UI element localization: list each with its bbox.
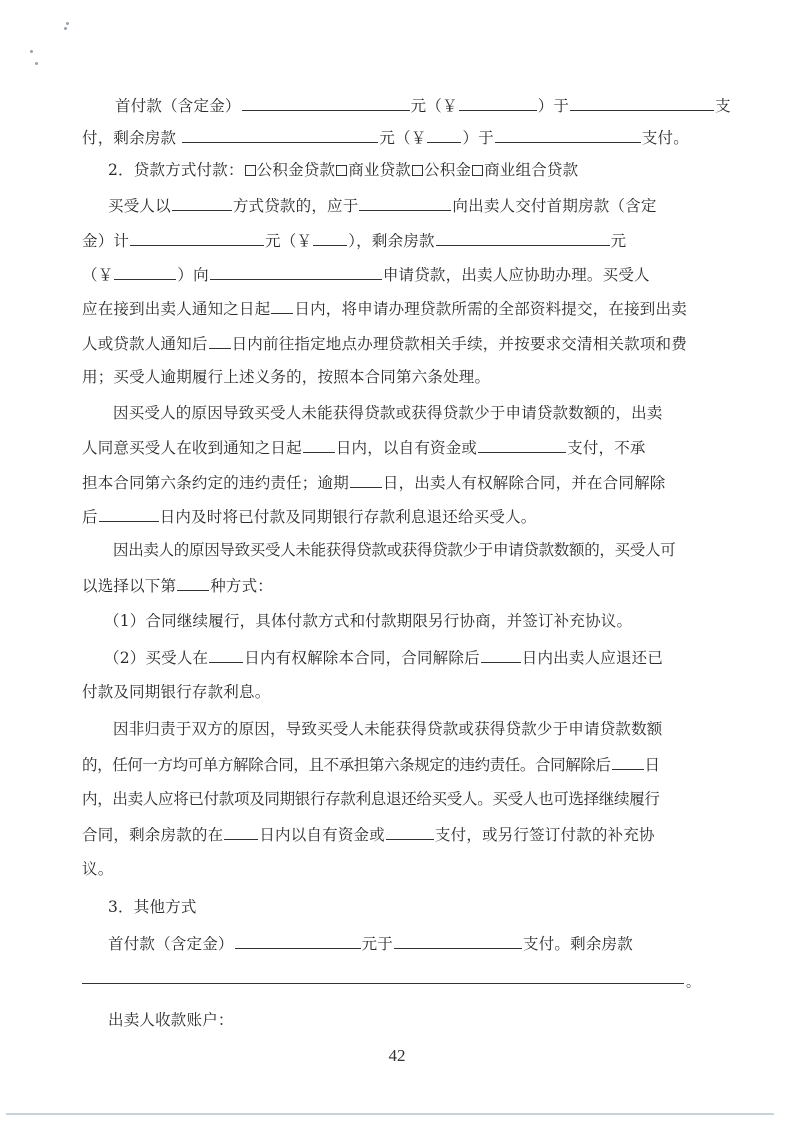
label: 支付，或另行签订付款的补充协 — [435, 826, 655, 844]
label: 元 — [611, 232, 627, 250]
loan-p4-line-5: 议。 — [82, 859, 113, 879]
page-number: 42 — [0, 1046, 794, 1066]
label: 首付款（含定金） — [108, 935, 234, 953]
loan-method-blank[interactable] — [172, 195, 232, 211]
loan-p1-line-1: 买受人以方式贷款的，应于向出卖人交付首期房款（含定 — [108, 195, 657, 215]
label: 应在接到出卖人通知之日起 — [82, 300, 270, 318]
loan-remaining-amount-blank[interactable] — [436, 230, 610, 246]
paragraph-text: 因买受人的原因导致买受人未能获得贷款或获得贷款少于申请贷款数额的，出卖 — [113, 404, 663, 422]
first-payment-date-blank[interactable] — [570, 95, 714, 111]
remaining-yuan-blank[interactable] — [427, 127, 461, 143]
seller-account-line: 出卖人收款账户： — [108, 1010, 234, 1030]
remaining-date-blank[interactable] — [495, 127, 641, 143]
label: （2）买受人在 — [104, 649, 208, 667]
label: 日，出卖人有权解除合同，并在合同解除 — [383, 474, 666, 492]
label: ）于 — [538, 97, 569, 115]
label: 日内，以自有资金或 — [336, 439, 477, 457]
contract-page: 首付款（含定金）元（￥）于支 付，剩余房款 元（￥）于支付。 2．贷款方式付款：… — [0, 0, 794, 1123]
label: ）于 — [462, 129, 493, 147]
label: 方式贷款的，应于 — [233, 197, 359, 215]
label: 支付，不承 — [567, 439, 646, 457]
down-payment-amount-blank[interactable] — [130, 230, 264, 246]
label: ）向 — [177, 266, 208, 284]
other-remaining-blank[interactable] — [82, 983, 684, 984]
page-bottom-rule — [6, 1113, 774, 1115]
method-choice-blank[interactable] — [177, 575, 209, 591]
loan-remaining-yuan-blank[interactable] — [114, 264, 176, 280]
other-section-heading: 3．其他方式 — [108, 897, 197, 917]
option-text: （1）合同继续履行，具体付款方式和付款期限另行协商，并签订补充协议。 — [104, 612, 632, 630]
loan-p1-line-3: （￥）向申请贷款，出卖人应协助办理。买受人 — [82, 264, 650, 284]
other-down-payment-blank[interactable] — [235, 933, 361, 949]
continue-payment-method-blank[interactable] — [386, 824, 434, 840]
loan-p2-line-2: 人同意买受人在收到通知之日起日内，以自有资金或支付，不承 — [82, 437, 646, 457]
loan-p2-line-4: 后日内及时将已付款及同期银行存款利息退还给买受人。 — [82, 506, 537, 526]
label: 种方式： — [210, 577, 273, 595]
remaining-amount-blank[interactable] — [182, 127, 378, 143]
loan-p1-line-6: 用；买受人逾期履行上述义务的，按照本合同第六条处理。 — [82, 367, 490, 387]
paragraph-text: 议。 — [82, 860, 113, 878]
lender-blank[interactable] — [210, 264, 382, 280]
loan-p3-line-1: 因出卖人的原因导致买受人未能获得贷款或获得贷款少于申请贷款数额的，买受人可 — [113, 540, 675, 560]
label: 元（￥ — [411, 97, 458, 115]
option-label: 商业贷款 — [348, 161, 411, 179]
option-label: 公积金 — [424, 161, 471, 179]
option-label: 公积金贷款 — [257, 161, 336, 179]
label: 的，任何一方均可单方解除合同，且不承担第六条规定的违约责任。合同解除后 — [82, 756, 611, 774]
label: 日内出卖人应退还已 — [522, 649, 663, 667]
loan-p2-line-3: 担本合同第六条约定的违约责任；逾期日，出卖人有权解除合同，并在合同解除 — [82, 472, 666, 492]
submit-days-blank[interactable] — [271, 298, 293, 314]
scan-speck — [66, 22, 69, 25]
loan-p3-line-2: 以选择以下第种方式： — [82, 575, 273, 595]
label: 日内及时将已付款及同期银行存款利息退还给买受人。 — [160, 508, 537, 526]
option-1-line: （1）合同继续履行，具体付款方式和付款期限另行协商，并签订补充协议。 — [104, 611, 632, 631]
checkbox-provident-fund[interactable] — [412, 165, 423, 176]
checkbox-combined-loan[interactable] — [472, 165, 483, 176]
seller-account-label: 出卖人收款账户： — [108, 1011, 234, 1029]
paragraph-text: 因出卖人的原因导致买受人未能获得贷款或获得贷款少于申请贷款数额的，买受人可 — [113, 541, 675, 559]
label: 日内以自有资金或 — [259, 826, 385, 844]
first-payment-line-2: 付，剩余房款 元（￥）于支付。 — [82, 127, 689, 147]
label: （￥ — [82, 266, 113, 284]
scan-speck — [35, 62, 38, 65]
option-2-line-2: 付款及同期银行存款利息。 — [82, 682, 270, 702]
label: 元（￥ — [265, 232, 312, 250]
line-end-period: 。 — [686, 972, 700, 992]
paragraph-text: 内，出卖人应将已付款项及同期银行存款利息退还给买受人。买受人也可选择继续履行 — [82, 790, 660, 808]
label: 元于 — [362, 935, 393, 953]
down-payment-date-blank[interactable] — [359, 195, 451, 211]
label: 支付。 — [642, 129, 689, 147]
paragraph-text: 用；买受人逾期履行上述义务的，按照本合同第六条处理。 — [82, 368, 490, 386]
option-label: 商业组合贷款 — [484, 161, 578, 179]
label: 支 — [715, 97, 731, 115]
overdue-days-blank[interactable] — [350, 472, 382, 488]
label: 向出卖人交付首期房款（含定 — [452, 197, 656, 215]
label: 支付。剩余房款 — [523, 935, 633, 953]
loan-p4-line-1: 因非归责于双方的原因，导致买受人未能获得贷款或获得贷款少于申请贷款数额 — [113, 719, 663, 739]
loan-p4-line-4: 合同，剩余房款的在日内以自有资金或支付，或另行签订付款的补充协 — [82, 824, 655, 844]
label: 合同，剩余房款的在 — [82, 826, 223, 844]
other-payment-date-blank[interactable] — [394, 933, 522, 949]
continue-days-blank[interactable] — [224, 824, 258, 840]
label: 首付款（含定金） — [115, 97, 241, 115]
loan-section-heading: 2．贷款方式付款：公积金贷款商业贷款公积金商业组合贷款 — [108, 160, 578, 180]
option-2-line-1: （2）买受人在日内有权解除本合同，合同解除后日内出卖人应退还已 — [104, 647, 663, 667]
first-payment-yuan-blank[interactable] — [459, 95, 537, 111]
scan-speck — [30, 50, 33, 53]
label: ），剩余房款 — [348, 232, 434, 250]
loan-p1-line-4: 应在接到出卖人通知之日起日内，将申请办理贷款所需的全部资料提交，在接到出卖 — [82, 298, 687, 318]
label: 人或贷款人通知后 — [82, 335, 208, 353]
label: 日内前往指定地点办理贷款相关手续，并按要求交清相关款项和费 — [232, 335, 687, 353]
scan-speck — [64, 27, 67, 30]
procedure-days-blank[interactable] — [209, 333, 231, 349]
checkbox-commercial-loan[interactable] — [336, 165, 347, 176]
loan-p4-line-3: 内，出卖人应将已付款项及同期银行存款利息退还给买受人。买受人也可选择继续履行 — [82, 789, 660, 809]
option-text: 付款及同期银行存款利息。 — [82, 683, 270, 701]
label: 人同意买受人在收到通知之日起 — [82, 439, 302, 457]
alternate-payment-blank[interactable] — [478, 437, 566, 453]
refund-days-blank[interactable] — [99, 506, 159, 522]
label: 后 — [82, 508, 98, 526]
checkbox-provident-fund-loan[interactable] — [245, 165, 256, 176]
other-payment-line-1: 首付款（含定金）元于支付。剩余房款 — [108, 933, 633, 953]
terminate-days-blank[interactable] — [209, 647, 243, 663]
paragraph-text: 因非归责于双方的原因，导致买受人未能获得贷款或获得贷款少于申请贷款数额 — [113, 720, 663, 738]
loan-p1-line-2: 金）计元（￥），剩余房款元 — [82, 230, 626, 250]
first-payment-amount-blank[interactable] — [242, 95, 410, 111]
section-heading: 2．贷款方式付款： — [108, 161, 244, 179]
label: 以选择以下第 — [82, 577, 176, 595]
loan-p4-line-2: 的，任何一方均可单方解除合同，且不承担第六条规定的违约责任。合同解除后日 — [82, 754, 660, 774]
label: 元（￥ — [379, 129, 426, 147]
label: 日内，将申请办理贷款所需的全部资料提交，在接到出卖 — [294, 300, 687, 318]
first-payment-line-1: 首付款（含定金）元（￥）于支 — [115, 95, 731, 115]
label: 付，剩余房款 — [82, 129, 176, 147]
loan-p2-line-1: 因买受人的原因导致买受人未能获得贷款或获得贷款少于申请贷款数额的，出卖 — [113, 403, 663, 423]
label: 日 — [645, 756, 661, 774]
label: 担本合同第六条约定的违约责任；逾期 — [82, 474, 349, 492]
section-heading: 3．其他方式 — [108, 898, 197, 916]
label: 金）计 — [82, 232, 129, 250]
down-payment-yuan-blank[interactable] — [313, 230, 347, 246]
self-fund-days-blank[interactable] — [303, 437, 335, 453]
loan-p1-line-5: 人或贷款人通知后日内前往指定地点办理贷款相关手续，并按要求交清相关款项和费 — [82, 333, 687, 353]
label: 买受人以 — [108, 197, 171, 215]
refund-after-terminate-days-blank[interactable] — [481, 647, 521, 663]
neutral-refund-days-blank[interactable] — [612, 754, 644, 770]
label: 申请贷款，出卖人应协助办理。买受人 — [383, 266, 650, 284]
label: 日内有权解除本合同，合同解除后 — [244, 649, 480, 667]
